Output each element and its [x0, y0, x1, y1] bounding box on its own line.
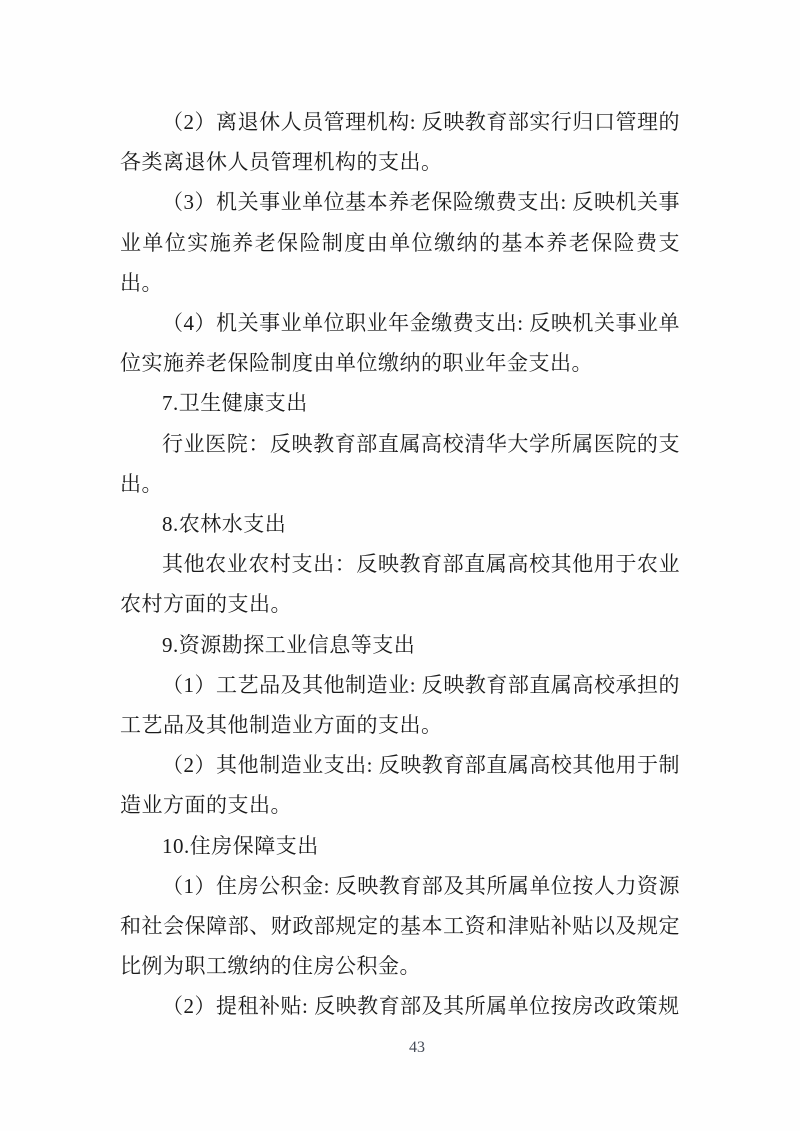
- page-number: 43: [0, 1038, 800, 1058]
- paragraph-line: （2）其他制造业支出: 反映教育部直属高校其他用于制: [120, 745, 680, 785]
- paragraph: 10.住房保障支出: [120, 826, 680, 866]
- paragraph: 行业医院：反映教育部直属高校清华大学所属医院的支出。: [120, 424, 680, 504]
- paragraph-line: 农村方面的支出。: [120, 584, 680, 624]
- paragraph-line: 8.农林水支出: [120, 504, 680, 544]
- paragraph: 7.卫生健康支出: [120, 383, 680, 423]
- paragraph: （2）其他制造业支出: 反映教育部直属高校其他用于制造业方面的支出。: [120, 745, 680, 825]
- paragraph-line: 各类离退休人员管理机构的支出。: [120, 142, 680, 182]
- paragraph-line: 位实施养老保险制度由单位缴纳的职业年金支出。: [120, 343, 680, 383]
- paragraph-line: 出。: [120, 263, 680, 303]
- paragraph: （2）提租补贴: 反映教育部及其所属单位按房改政策规: [120, 986, 680, 1026]
- paragraph: 其他农业农村支出：反映教育部直属高校其他用于农业农村方面的支出。: [120, 544, 680, 624]
- paragraph: （1）住房公积金: 反映教育部及其所属单位按人力资源和社会保障部、财政部规定的基…: [120, 866, 680, 987]
- paragraph-line: 7.卫生健康支出: [120, 383, 680, 423]
- document-body: （2）离退休人员管理机构: 反映教育部实行归口管理的各类离退休人员管理机构的支出…: [120, 102, 680, 1027]
- paragraph-line: 造业方面的支出。: [120, 785, 680, 825]
- paragraph-line: 比例为职工缴纳的住房公积金。: [120, 946, 680, 986]
- paragraph: （3）机关事业单位基本养老保险缴费支出: 反映机关事业单位实施养老保险制度由单位…: [120, 182, 680, 303]
- paragraph: （4）机关事业单位职业年金缴费支出: 反映机关事业单位实施养老保险制度由单位缴纳…: [120, 303, 680, 383]
- paragraph-line: 9.资源勘探工业信息等支出: [120, 625, 680, 665]
- paragraph-line: 和社会保障部、财政部规定的基本工资和津贴补贴以及规定: [120, 906, 680, 946]
- paragraph-line: 出。: [120, 464, 680, 504]
- paragraph-line: 业单位实施养老保险制度由单位缴纳的基本养老保险费支: [120, 223, 680, 263]
- paragraph-line: 其他农业农村支出：反映教育部直属高校其他用于农业: [120, 544, 680, 584]
- document-page: （2）离退休人员管理机构: 反映教育部实行归口管理的各类离退休人员管理机构的支出…: [0, 0, 800, 1131]
- paragraph: 8.农林水支出: [120, 504, 680, 544]
- paragraph: 9.资源勘探工业信息等支出: [120, 625, 680, 665]
- paragraph-line: （2）离退休人员管理机构: 反映教育部实行归口管理的: [120, 102, 680, 142]
- paragraph-line: （4）机关事业单位职业年金缴费支出: 反映机关事业单: [120, 303, 680, 343]
- paragraph: （1）工艺品及其他制造业: 反映教育部直属高校承担的工艺品及其他制造业方面的支出…: [120, 665, 680, 745]
- paragraph-line: （1）住房公积金: 反映教育部及其所属单位按人力资源: [120, 866, 680, 906]
- paragraph: （2）离退休人员管理机构: 反映教育部实行归口管理的各类离退休人员管理机构的支出…: [120, 102, 680, 182]
- paragraph-line: （2）提租补贴: 反映教育部及其所属单位按房改政策规: [120, 986, 680, 1026]
- paragraph-line: （1）工艺品及其他制造业: 反映教育部直属高校承担的: [120, 665, 680, 705]
- paragraph-line: （3）机关事业单位基本养老保险缴费支出: 反映机关事: [120, 182, 680, 222]
- paragraph-line: 行业医院：反映教育部直属高校清华大学所属医院的支: [120, 424, 680, 464]
- paragraph-line: 10.住房保障支出: [120, 826, 680, 866]
- paragraph-line: 工艺品及其他制造业方面的支出。: [120, 705, 680, 745]
